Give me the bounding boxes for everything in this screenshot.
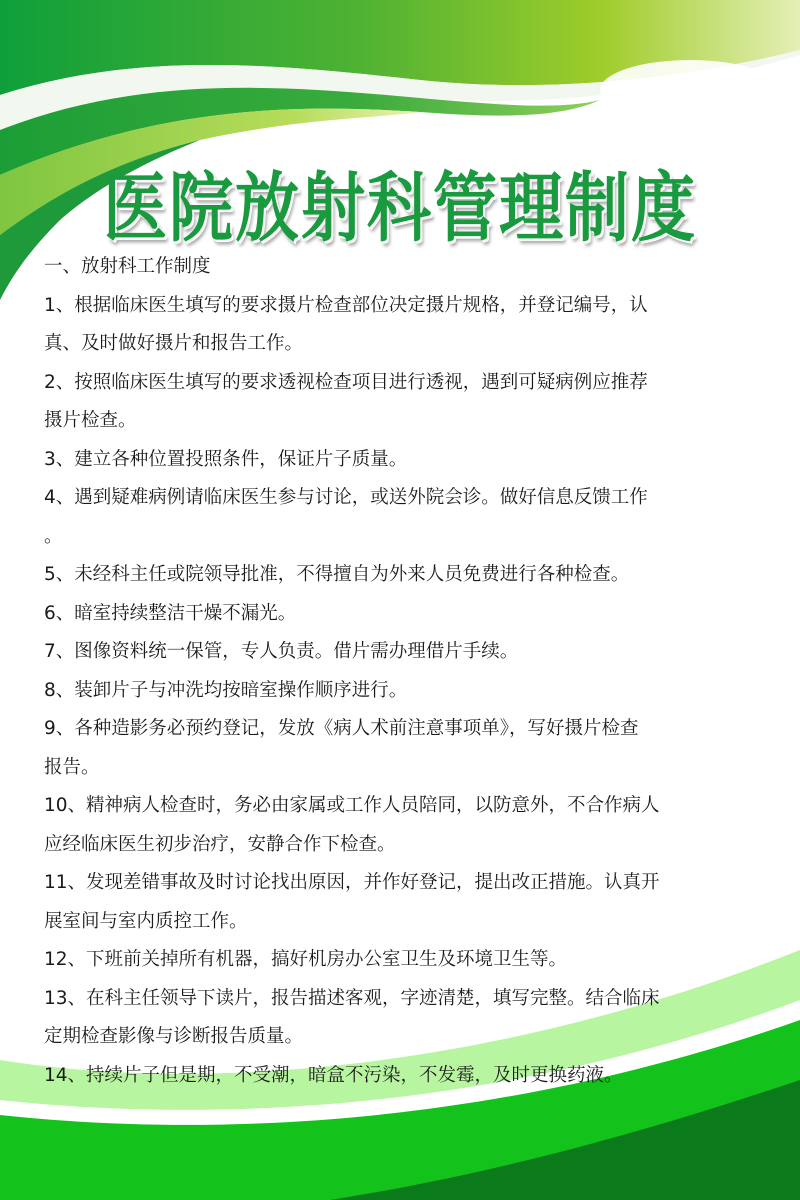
regulation-line: 定期检查影像与诊断报告质量。: [44, 1018, 744, 1057]
regulation-line: 报告。: [44, 749, 744, 788]
regulation-line: 应经临床医生初步治疗，安静合作下检查。: [44, 826, 744, 865]
regulation-line: 。: [44, 518, 744, 557]
regulation-line: 7、图像资料统一保管，专人负责。借片需办理借片手续。: [44, 633, 744, 672]
regulation-line: 1、根据临床医生填写的要求摄片检查部位决定摄片规格，并登记编号，认: [44, 287, 744, 326]
regulation-line: 4、遇到疑难病例请临床医生参与讨论，或送外院会诊。做好信息反馈工作: [44, 479, 744, 518]
regulation-line: 真、及时做好摄片和报告工作。: [44, 325, 744, 364]
regulation-line: 展室间与室内质控工作。: [44, 903, 744, 942]
regulation-line: 9、各种造影务必预约登记，发放《病人术前注意事项单》，写好摄片检查: [44, 710, 744, 749]
regulation-line: 10、精神病人检查时，务必由家属或工作人员陪同，以防意外，不合作病人: [44, 787, 744, 826]
regulation-line: 8、装卸片子与冲洗均按暗室操作顺序进行。: [44, 672, 744, 711]
regulation-line: 14、持续片子但是期，不受潮，暗盒不污染，不发霉，及时更换药液。: [44, 1057, 744, 1096]
section-heading: 一、放射科工作制度: [44, 248, 744, 287]
regulation-line: 5、未经科主任或院领导批准，不得擅自为外来人员免费进行各种检查。: [44, 556, 744, 595]
regulation-content: 一、放射科工作制度 1、根据临床医生填写的要求摄片检查部位决定摄片规格，并登记编…: [44, 248, 744, 1095]
regulation-line: 摄片检查。: [44, 402, 744, 441]
poster: 医院放射科管理制度 一、放射科工作制度 1、根据临床医生填写的要求摄片检查部位决…: [0, 0, 800, 1200]
regulation-line: 2、按照临床医生填写的要求透视检查项目进行透视，遇到可疑病例应推荐: [44, 364, 744, 403]
regulation-line: 6、暗室持续整洁干燥不漏光。: [44, 595, 744, 634]
regulation-line: 11、发现差错事故及时讨论找出原因，并作好登记，提出改正措施。认真开: [44, 864, 744, 903]
regulation-line: 13、在科主任领导下读片，报告描述客观，字迹清楚，填写完整。结合临床: [44, 980, 744, 1019]
page-title: 医院放射科管理制度: [0, 148, 800, 257]
regulation-line: 3、建立各种位置投照条件，保证片子质量。: [44, 441, 744, 480]
regulation-line: 12、下班前关掉所有机器，搞好机房办公室卫生及环境卫生等。: [44, 941, 744, 980]
